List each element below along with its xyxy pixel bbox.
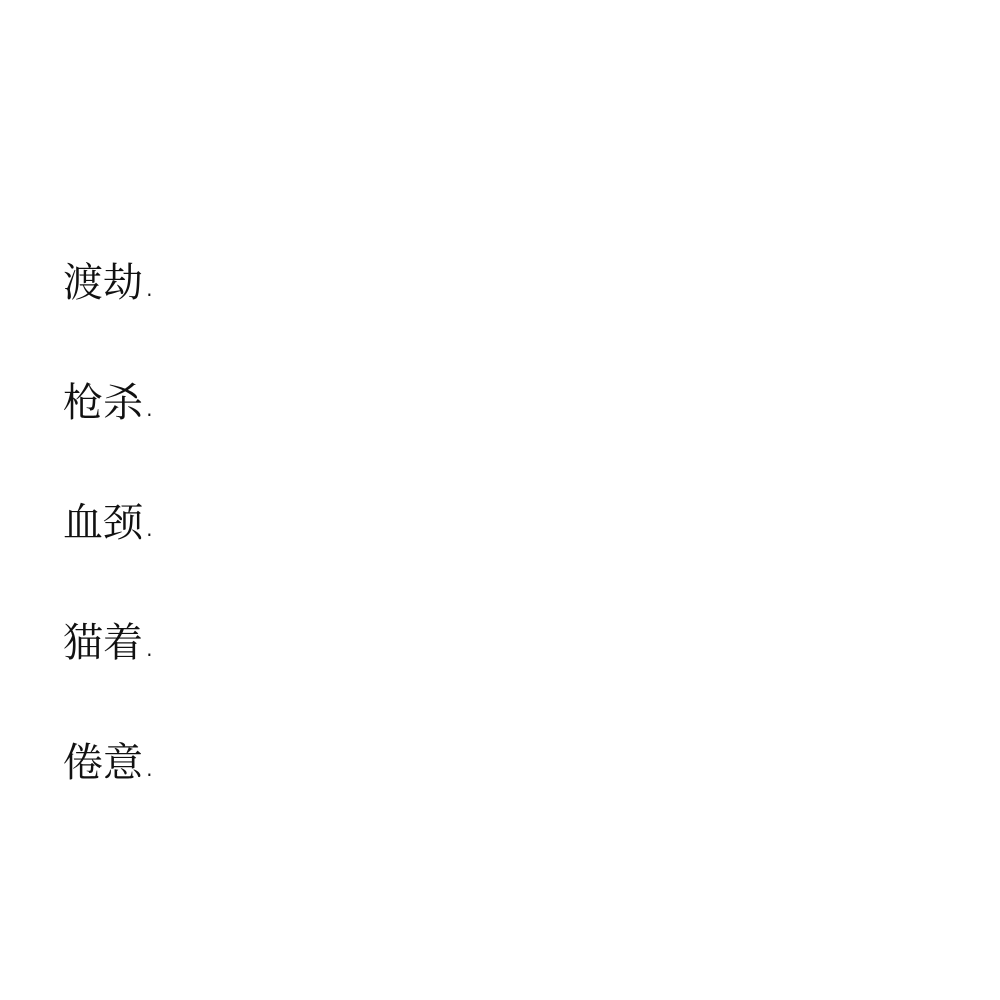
text-line: 猫着.: [63, 619, 156, 667]
text-line: 渡劫.: [63, 259, 156, 307]
text-line: 倦意.: [63, 739, 156, 787]
text-line: 枪杀.: [63, 379, 156, 427]
document-page: 渡劫. 枪杀. 血颈. 猫着. 倦意.: [0, 0, 1000, 1000]
text-line: 血颈.: [63, 499, 156, 547]
